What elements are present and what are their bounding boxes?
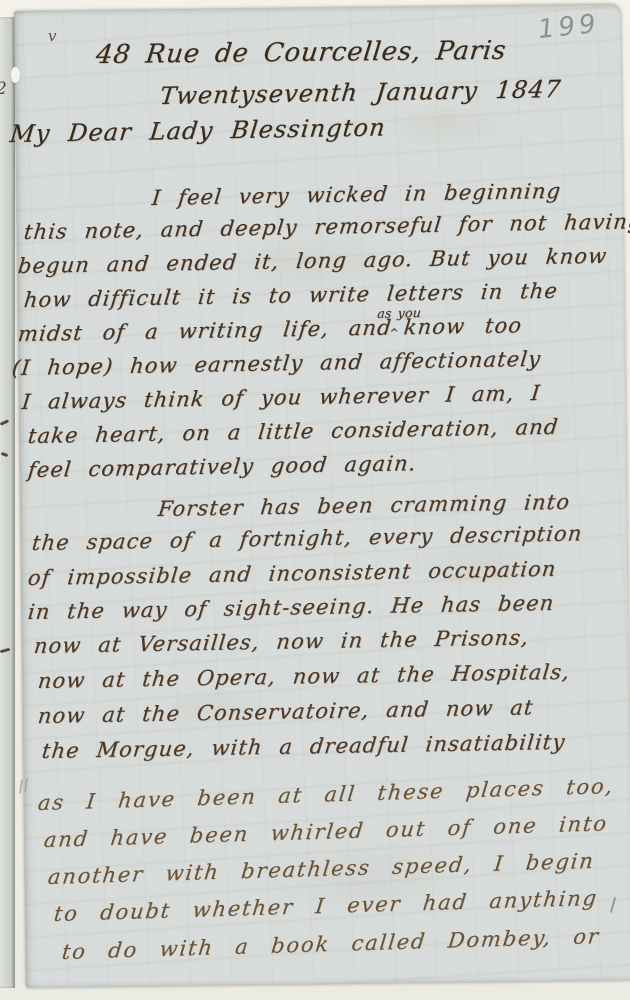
letter-line: the Morgue, with a dreadful insatiabilit… [41,730,567,763]
date-line: Twentyseventh January 1847 [159,75,563,110]
letter-line: this note, and deeply remorseful for not… [23,209,630,244]
letter-line: the space of a fortnight, every descript… [31,521,584,555]
address-line: 48 Rue de Courcelles, Paris [94,36,508,70]
scanned-letter-page: 2 199 v 48 Rue de Courcelles, Paris Twen… [0,0,630,1000]
interlinear-insertion: as you [377,305,422,321]
letter-line: how difficult it is to write letters in … [23,279,560,312]
letter-line: I always think of you wherever I am, I [21,381,542,414]
letter-line: and have been whirled out of one into [43,811,610,852]
letter-line: feel comparatively good again. [27,451,418,482]
letter-line: now at the Conservatoire, and now at [37,695,535,728]
letter-line: begun and ended it, long ago. But you kn… [17,244,609,278]
caret-mark: ^ [389,326,401,339]
salutation-line: My Dear Lady Blessington [9,113,388,148]
letter-line: as I have been at all these places too, [37,774,616,815]
letter-line: in the way of sight-seeing. He has been [27,591,556,624]
letter-line: now at Versailles, now in the Prisons, [33,625,531,658]
letter-text: 48 Rue de Courcelles, Paris Twentysevent… [0,0,630,1000]
letter-line: Forster has been cramming into [157,490,572,521]
letter-line: to doubt whether I ever had anything [53,886,600,926]
letter-line: to do with a book called Dombey, or [61,924,601,964]
letter-line: midst of a writing life, andas you^know … [17,313,524,346]
letter-line: another with breathless speed, I begin [47,849,596,889]
letter-line: (I hope) how earnestly and affectionatel… [11,347,543,380]
line-segment: midst of a writing life, and [17,315,393,346]
letter-line: of impossible and inconsistent occupatio… [27,557,558,590]
letter-line: now at the Opera, now at the Hospitals, [37,660,572,693]
letter-line: I feel very wicked in beginning [151,179,563,210]
letter-line: take heart, on a little consideration, a… [27,415,560,448]
